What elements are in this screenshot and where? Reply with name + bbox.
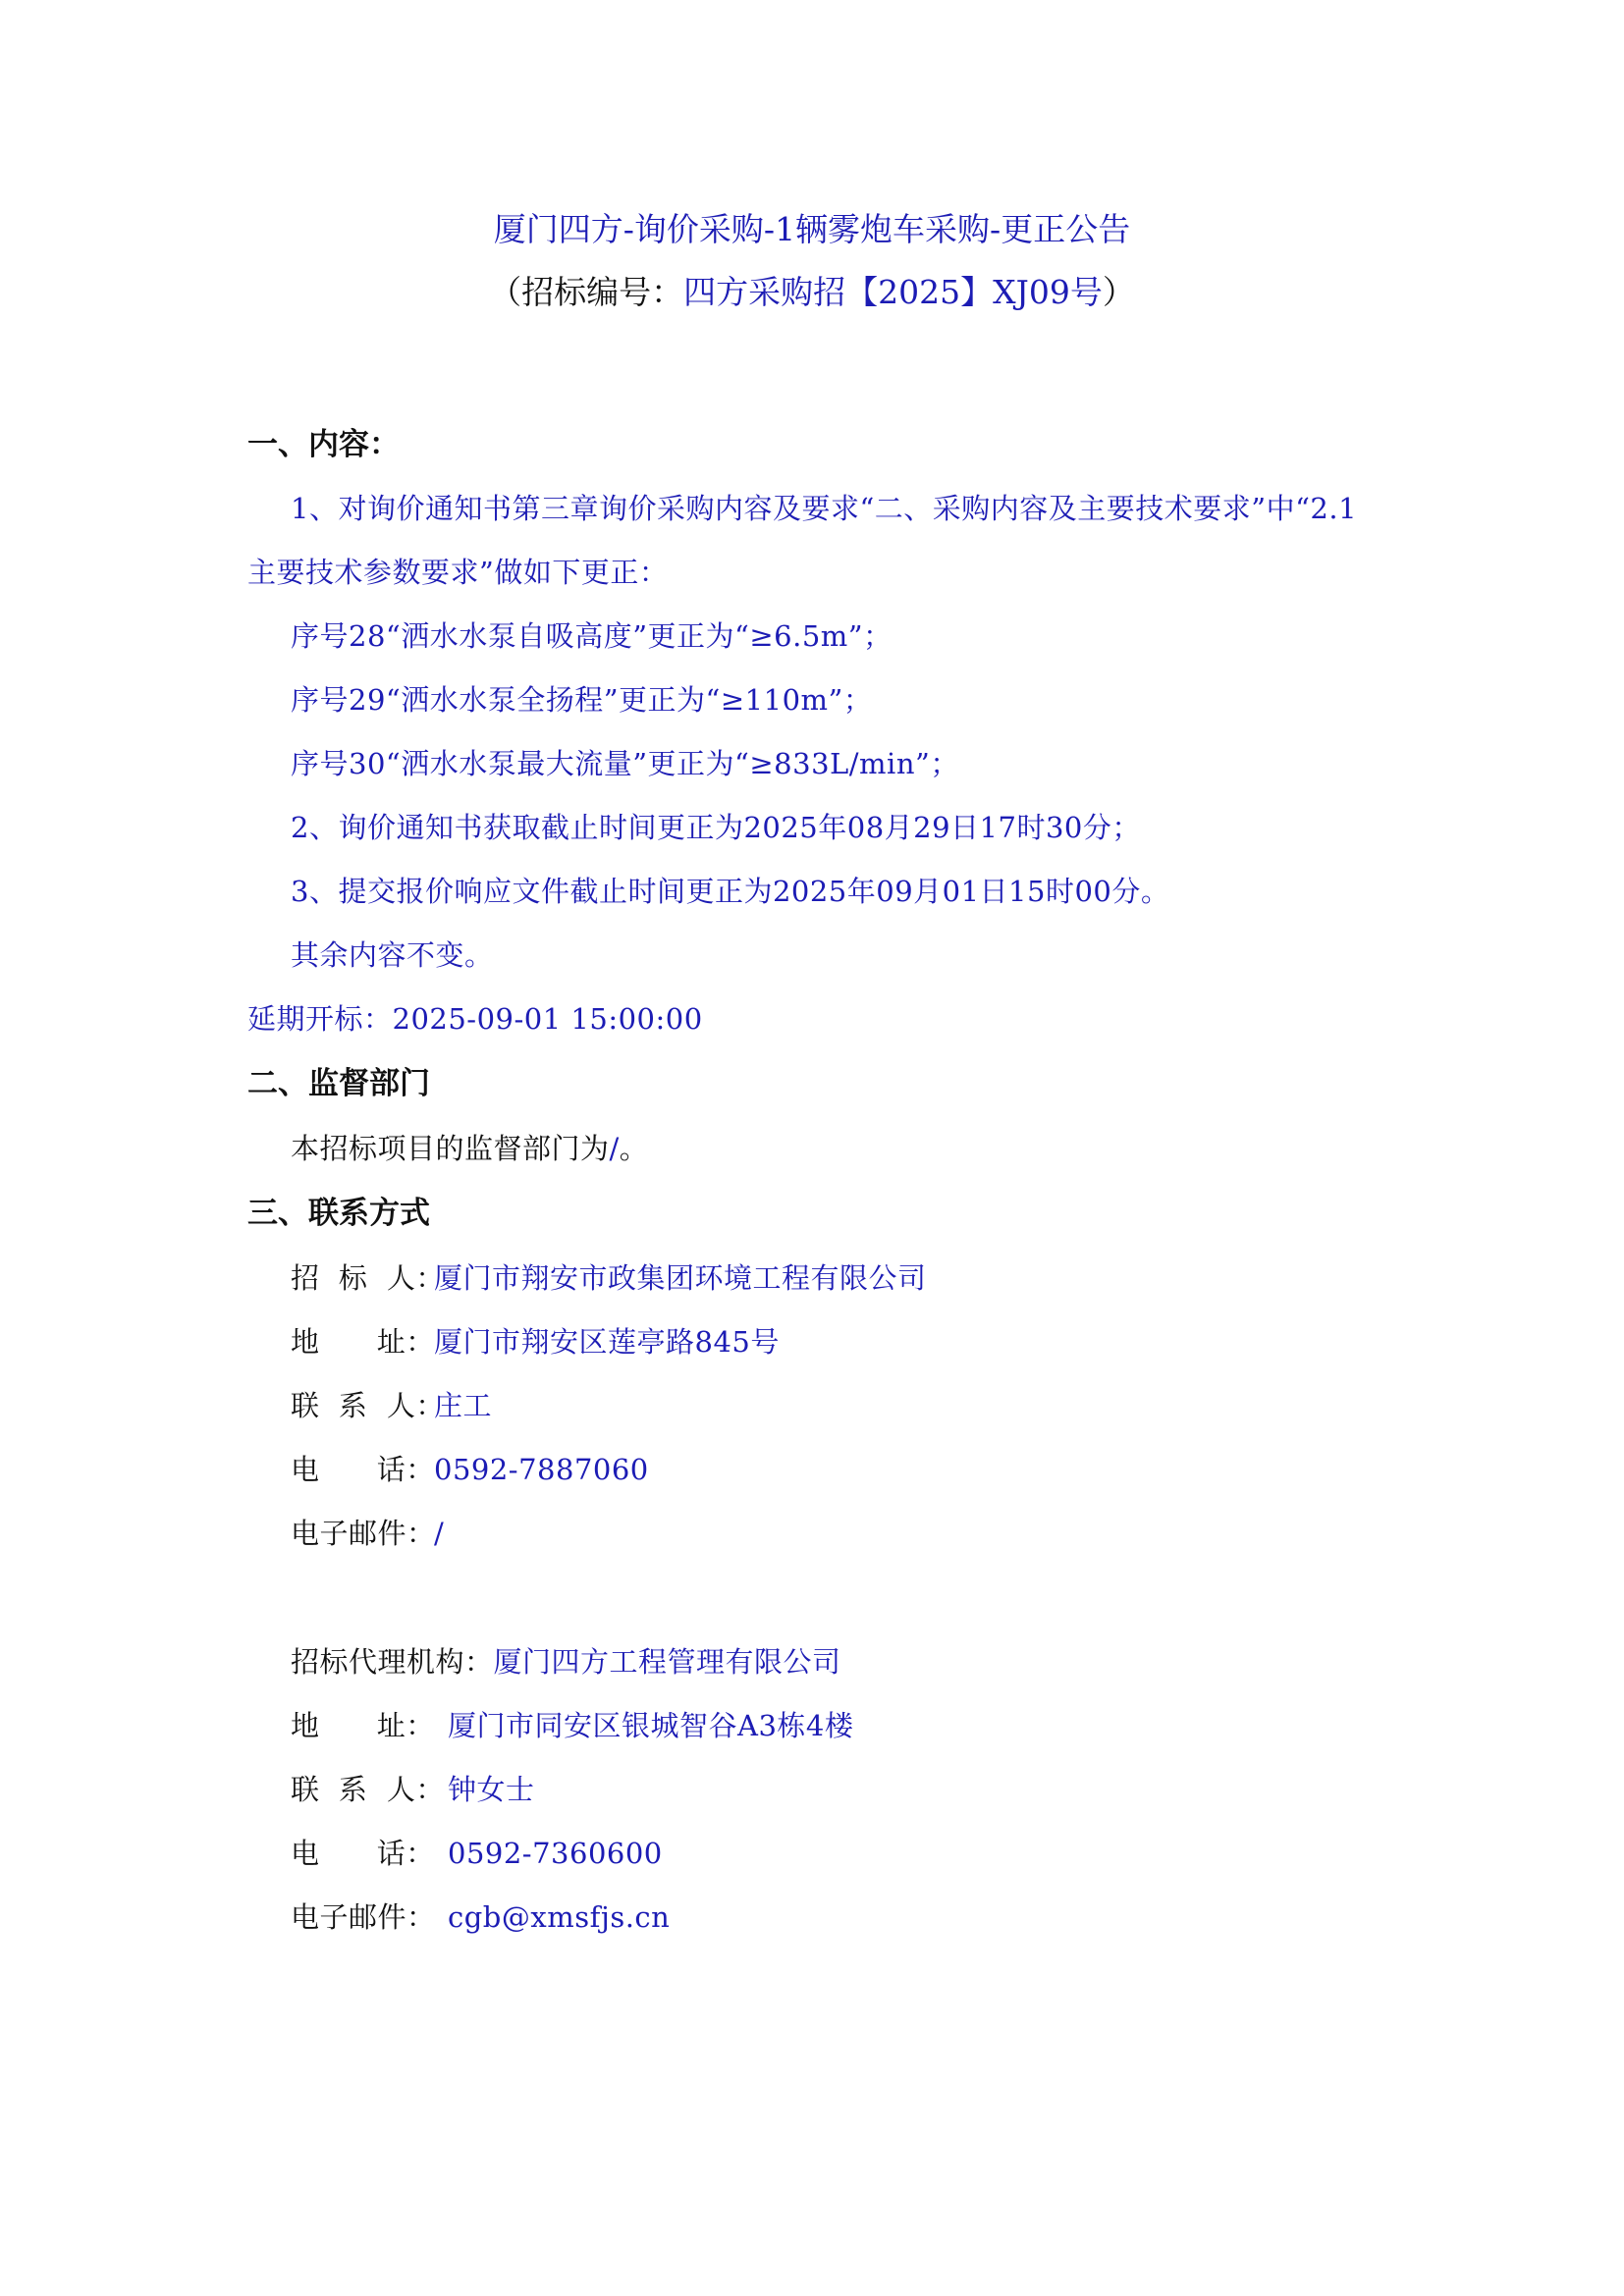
correction-item: 序号30“洒水水泵最大流量”更正为“≥833L/min”； xyxy=(291,744,959,783)
supervision-suffix: 。 xyxy=(620,1132,649,1165)
field-label: 联 系 人： xyxy=(291,1386,434,1425)
agency-phone-row: 电 话：0592-7360600 xyxy=(291,1834,663,1873)
item1-line1: 1、对询价通知书第三章询价采购内容及要求“二、采购内容及主要技术要求”中“2.1 xyxy=(291,489,1357,528)
field-label: 地 址： xyxy=(291,1322,434,1362)
section-heading-contact: 三、联系方式 xyxy=(247,1193,430,1234)
tenderer-email-row: 电子邮件：/ xyxy=(291,1514,444,1553)
correction-item: 序号28“洒水水泵自吸高度”更正为“≥6.5m”； xyxy=(291,616,893,656)
field-value: 0592-7887060 xyxy=(434,1453,649,1486)
subtitle-suffix: ） xyxy=(1103,273,1135,311)
field-value: / xyxy=(434,1517,444,1550)
field-label: 电子邮件： xyxy=(291,1897,448,1937)
field-label: 电 话： xyxy=(291,1450,434,1489)
item2-deadline-obtain: 2、询价通知书获取截止时间更正为2025年08月29日17时30分； xyxy=(291,808,1141,847)
tenderer-name-row: 招 标 人：厦门市翔安市政集团环境工程有限公司 xyxy=(291,1258,927,1298)
field-label: 电 话： xyxy=(291,1834,448,1873)
tender-number: 四方采购招【2025】XJ09号 xyxy=(683,273,1103,311)
supervision-text: 本招标项目的监督部门为/。 xyxy=(291,1129,648,1168)
rest-unchanged-note: 其余内容不变。 xyxy=(291,935,494,975)
document-subtitle: （招标编号：四方采购招【2025】XJ09号） xyxy=(0,271,1624,314)
item1-line2: 主要技术参数要求”做如下更正： xyxy=(247,553,668,592)
agency-contact-row: 联 系 人：钟女士 xyxy=(291,1770,535,1809)
field-value: 0592-7360600 xyxy=(448,1837,663,1870)
field-value: 厦门市翔安市政集团环境工程有限公司 xyxy=(434,1261,927,1295)
field-label: 招标代理机构： xyxy=(291,1645,494,1679)
item3-deadline-submit: 3、提交报价响应文件截止时间更正为2025年09月01日15时00分。 xyxy=(291,872,1169,911)
supervision-value: / xyxy=(610,1132,620,1165)
subtitle-prefix: （招标编号： xyxy=(489,273,683,311)
field-value: 庄工 xyxy=(434,1389,492,1422)
agency-name-row: 招标代理机构：厦门四方工程管理有限公司 xyxy=(291,1642,841,1682)
field-value: 钟女士 xyxy=(448,1773,535,1806)
tenderer-phone-row: 电 话：0592-7887060 xyxy=(291,1450,649,1489)
section-heading-content: 一、内容： xyxy=(247,424,400,465)
supervision-prefix: 本招标项目的监督部门为 xyxy=(291,1132,610,1165)
field-value: 厦门市翔安区莲亭路845号 xyxy=(434,1325,780,1359)
tenderer-address-row: 地 址：厦门市翔安区莲亭路845号 xyxy=(291,1322,780,1362)
section-heading-supervision: 二、监督部门 xyxy=(247,1063,430,1104)
field-value: 厦门四方工程管理有限公司 xyxy=(494,1645,841,1679)
document-title: 厦门四方-询价采购-1辆雾炮车采购-更正公告 xyxy=(0,208,1624,251)
agency-email-row: 电子邮件：cgb@xmsfjs.cn xyxy=(291,1897,670,1937)
correction-item: 序号29“洒水水泵全扬程”更正为“≥110m”； xyxy=(291,680,872,720)
field-label: 联 系 人： xyxy=(291,1770,448,1809)
deferred-opening: 延期开标：2025-09-01 15:00:00 xyxy=(247,999,703,1039)
tenderer-contact-row: 联 系 人：庄工 xyxy=(291,1386,492,1425)
agency-email-link[interactable]: cgb@xmsfjs.cn xyxy=(448,1900,670,1934)
field-label: 电子邮件： xyxy=(291,1514,434,1553)
field-label: 招 标 人： xyxy=(291,1258,434,1298)
field-value: 厦门市同安区银城智谷A3栋4楼 xyxy=(448,1709,853,1742)
agency-address-row: 地 址：厦门市同安区银城智谷A3栋4楼 xyxy=(291,1706,853,1745)
field-label: 地 址： xyxy=(291,1706,448,1745)
